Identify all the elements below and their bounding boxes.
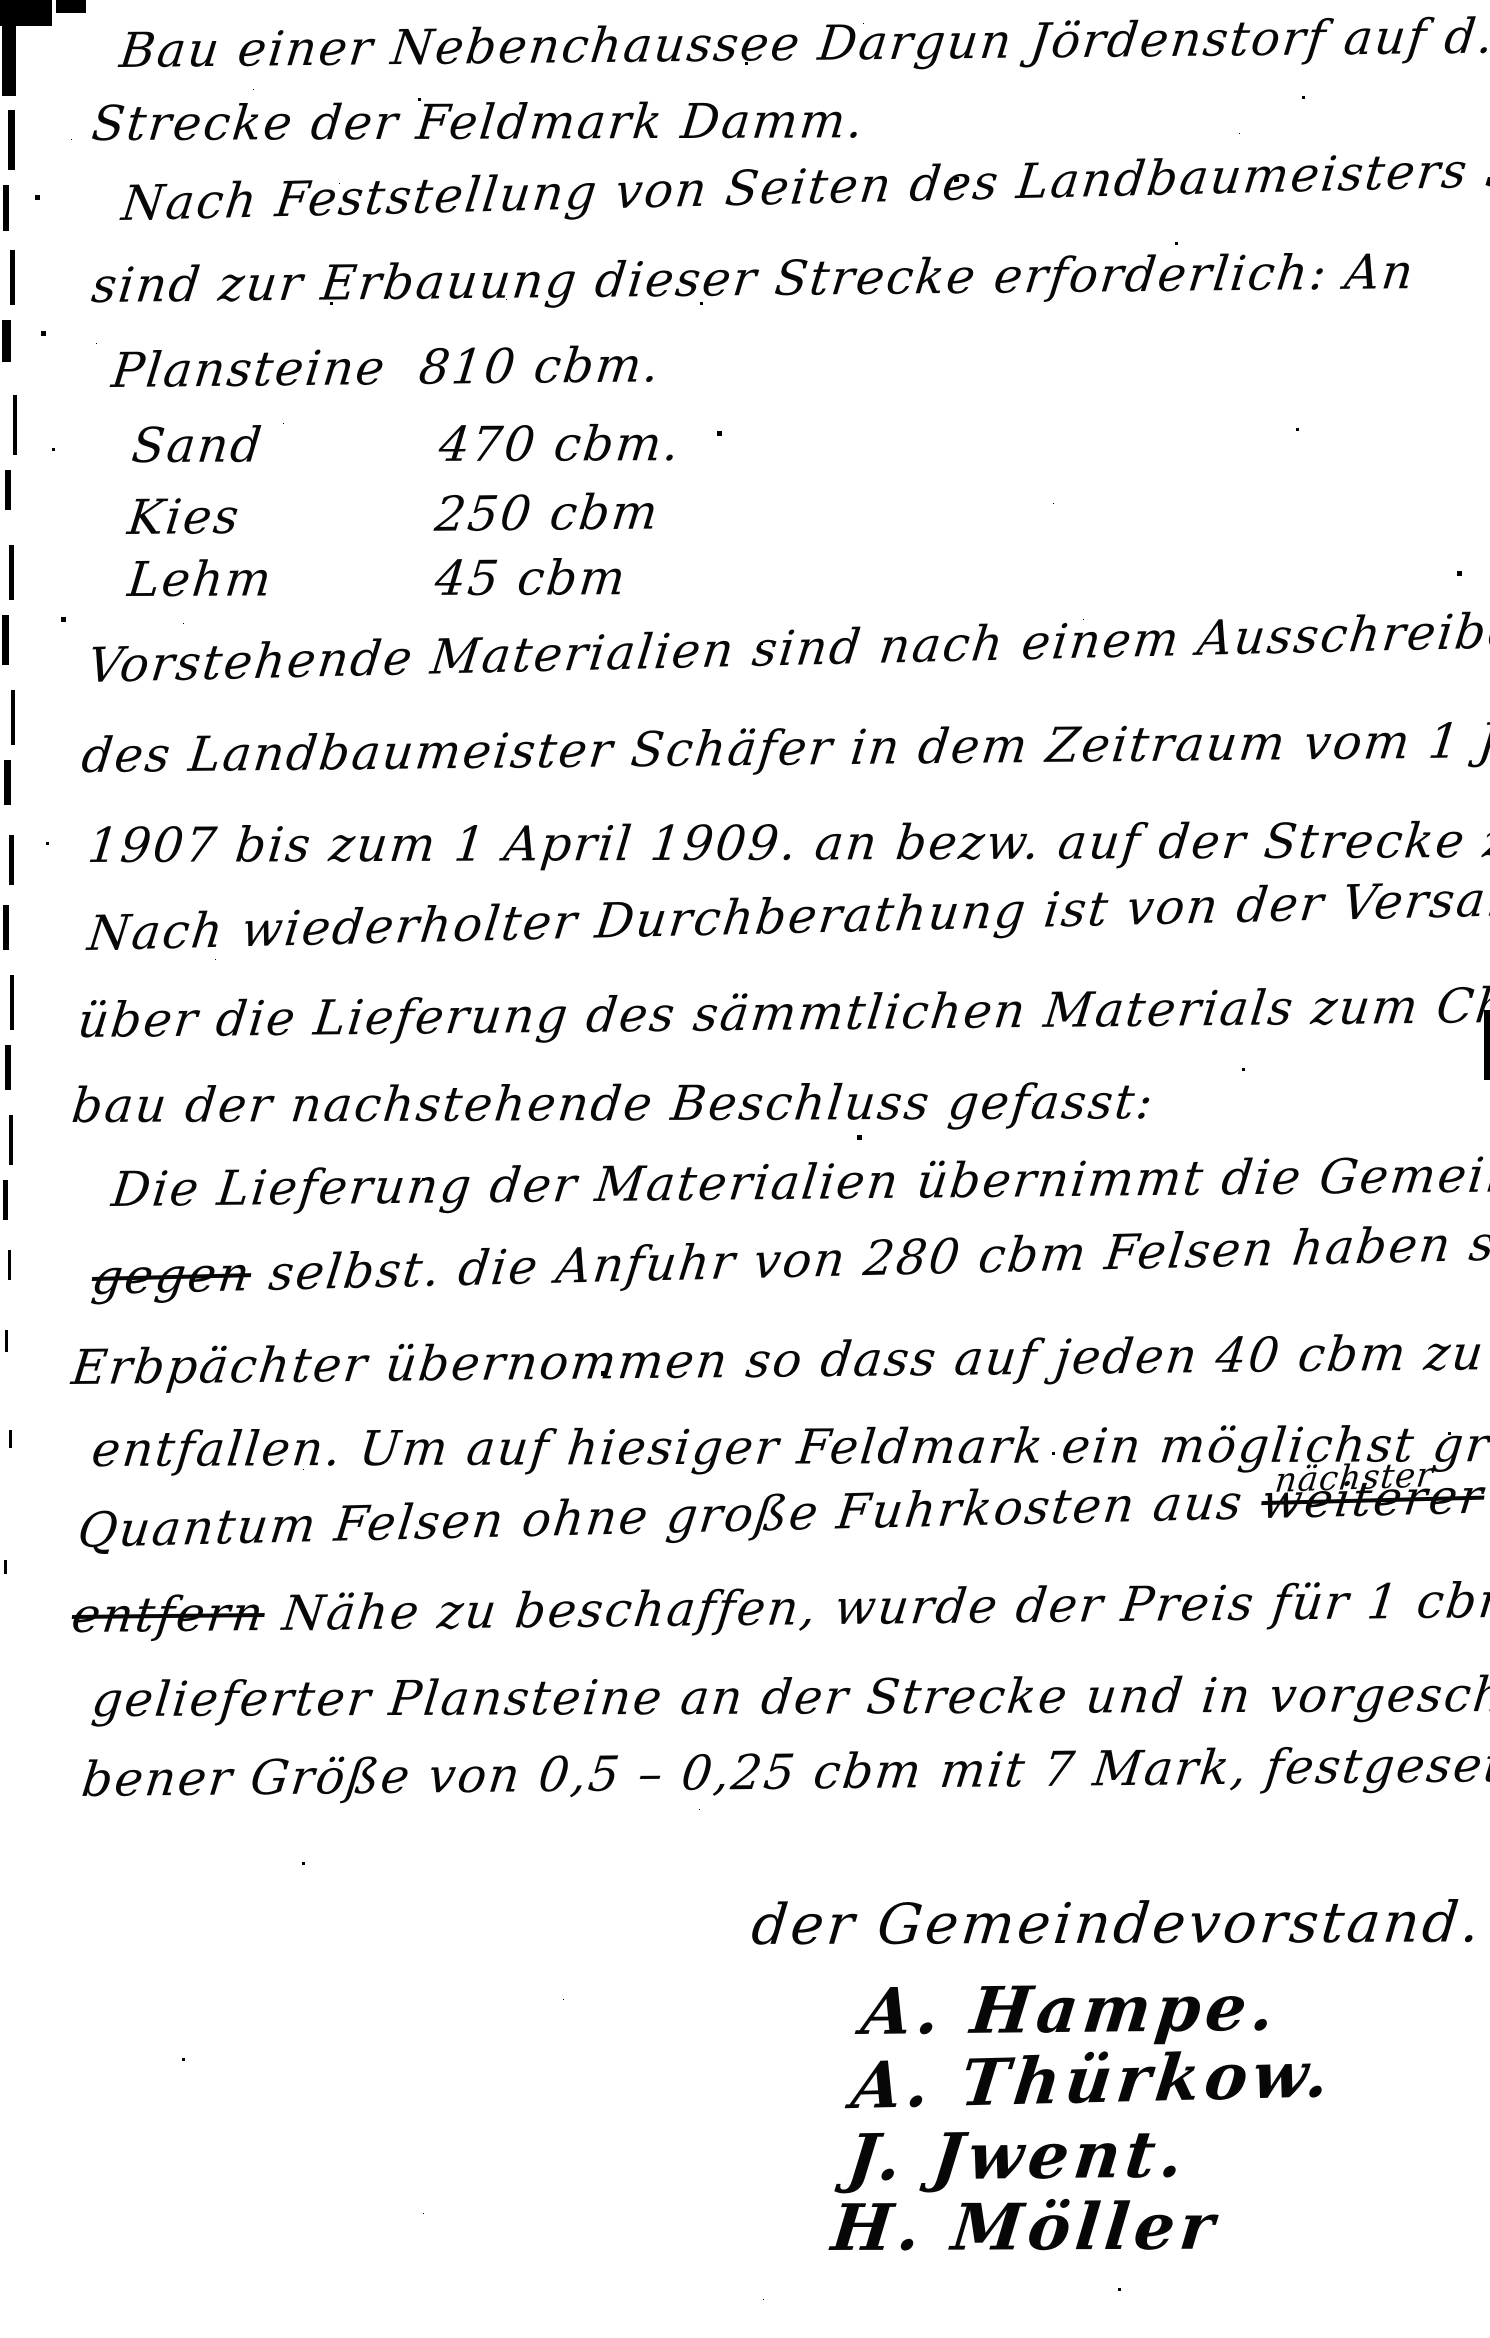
intro-line-2: sind zur Erbauung dieser Strecke erforde… bbox=[89, 246, 1418, 313]
delivery-line-3: 1907 bis zum 1 April 1909. an bezw. auf … bbox=[85, 814, 1490, 872]
closing-role: der Gemeindevorstand. bbox=[749, 1892, 1485, 1956]
decision-line-5-main: Quantum Felsen ohne große Fuhrkosten aus bbox=[75, 1474, 1247, 1559]
decision-line-1: Die Lieferung der Materialien übernimmt … bbox=[109, 1149, 1490, 1217]
resolution-line-3: bau der nachstehende Beschluss gefasst: bbox=[69, 1076, 1157, 1133]
material-row-lehm: Lehm 45 cbm bbox=[125, 552, 629, 607]
decision-line-6: entfernNähe zu beschaffen, wurde der Pre… bbox=[69, 1573, 1490, 1643]
signature-jwent: J. Jwent. bbox=[844, 2120, 1191, 2194]
inserted-word-naechster: nächster bbox=[1273, 1455, 1436, 1501]
material-qty: 810 cbm. bbox=[416, 337, 664, 396]
material-name: Sand bbox=[129, 419, 424, 473]
material-row-sand: Sand 470 cbm. bbox=[129, 418, 683, 473]
material-name: Lehm bbox=[125, 553, 420, 607]
decision-line-6-rest: Nähe zu beschaffen, wurde der Preis für … bbox=[280, 1571, 1490, 1642]
struck-word-gegen: gegen bbox=[89, 1246, 255, 1306]
decision-line-7: gelieferter Plansteine an der Strecke un… bbox=[89, 1669, 1490, 1727]
resolution-line-1: Nach wiederholter Durchberathung ist von… bbox=[85, 870, 1490, 961]
signature-thuerkow: A. Thürkow. bbox=[848, 2040, 1338, 2122]
scanned-manuscript-page: Bau einer Nebenchaussee Dargun Jördensto… bbox=[0, 0, 1490, 2338]
material-row-plansteine: Plansteine 810 cbm. bbox=[109, 339, 663, 398]
delivery-line-1: Vorstehende Materialien sind nach einem … bbox=[85, 604, 1490, 693]
material-row-kies: Kies 250 cbm bbox=[125, 486, 662, 544]
intro-line-1: Nach Feststellung von Seiten des Landbau… bbox=[119, 141, 1490, 230]
signature-hampe: A. Hampe. bbox=[858, 1974, 1283, 2049]
scan-noise-speckles bbox=[0, 0, 3, 3]
decision-line-2-rest: selbst. die Anfuhr von 280 cbm Felsen ha… bbox=[266, 1211, 1490, 1301]
heading-line-1: Bau einer Nebenchaussee Dargun Jördensto… bbox=[117, 11, 1490, 78]
material-name: Kies bbox=[125, 489, 421, 545]
resolution-line-2: über die Lieferung des sämmtlichen Mater… bbox=[75, 978, 1490, 1048]
decision-line-8: bener Größe von 0,5 – 0,25 cbm mit 7 Mar… bbox=[79, 1738, 1490, 1806]
decision-line-3: Erbpächter übernommen so dass auf jeden … bbox=[69, 1325, 1490, 1395]
signature-moeller: H. Möller bbox=[828, 2193, 1222, 2265]
struck-word-entfern: entfern bbox=[69, 1586, 268, 1644]
heading-line-2: Strecke der Feldmark Damm. bbox=[89, 95, 867, 151]
material-qty: 45 cbm bbox=[432, 550, 629, 607]
material-name: Plansteine bbox=[109, 342, 405, 398]
material-qty: 470 cbm. bbox=[436, 416, 683, 473]
delivery-line-2: des Landbaumeister Schäfer in dem Zeitra… bbox=[79, 715, 1490, 783]
decision-line-2: gegenselbst. die Anfuhr von 280 cbm Fels… bbox=[89, 1213, 1490, 1305]
material-qty: 250 cbm bbox=[432, 484, 662, 542]
